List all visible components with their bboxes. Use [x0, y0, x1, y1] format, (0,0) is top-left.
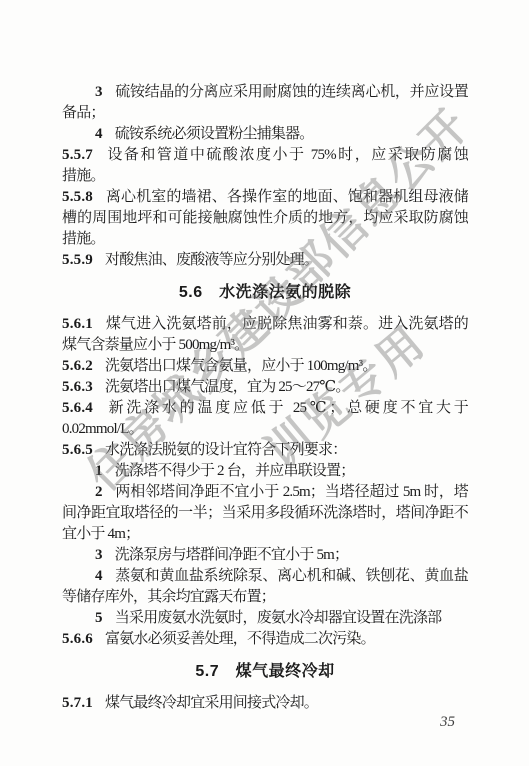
text-line: 5.6.3洗氨塔出口煤气温度，宜为 25～27℃。 [62, 377, 468, 398]
text-line: 5.6.4新洗涤水的温度应低于 25℃；总硬度不宜大于 [62, 398, 468, 419]
text-line: 3洗涤泵房与塔群间净距不宜小于 5m； [62, 545, 468, 566]
text-line: 5.5.8离心机室的墙裙、各操作室的地面、饱和器机组母液储 [62, 187, 468, 208]
clause-number: 4 [95, 568, 103, 584]
text-line: 5.6.6富氨水必须妥善处理，不得造成二次污染。 [62, 629, 468, 650]
text-column: 3硫铵结晶的分离应采用耐腐蚀的连续离心机，并应设置备品；4硫铵系统必须设置粉尘捕… [62, 82, 468, 714]
text-line: 5当采用废氨水洗氨时，废氨水冷却器宜设置在洗涤部分。 [62, 608, 468, 629]
clause-number: 5.6.5 [62, 442, 93, 458]
document-page: 3硫铵结晶的分离应采用耐腐蚀的连续离心机，并应设置备品；4硫铵系统必须设置粉尘捕… [0, 0, 529, 766]
text-line: 3硫铵结晶的分离应采用耐腐蚀的连续离心机，并应设置 [62, 82, 468, 103]
clause-number: 3 [95, 547, 103, 563]
clause-number: 5.7.1 [62, 695, 93, 711]
text-line: 5.5.9对酸焦油、废酸液等应分别处理。 [62, 250, 468, 271]
text-line: 等储存库外，其余均宜露天布置； [62, 587, 468, 608]
clause-number: 1 [95, 463, 103, 479]
text-line: 5.6.1煤气进入洗氨塔前，应脱除焦油雾和萘。进入洗氨塔的 [62, 314, 468, 335]
text-line: 0.02mmol/L。 [62, 419, 468, 440]
text-line: 5.6.5水洗涤法脱氨的设计宜符合下列要求： [62, 440, 468, 461]
clause-number: 5.6.3 [62, 379, 93, 395]
text-line: 1洗涤塔不得少于 2 台，并应串联设置； [62, 461, 468, 482]
clause-number: 5.6.1 [62, 316, 93, 332]
text-line: 5.5.7设备和管道中硫酸浓度小于 75%时，应采取防腐蚀 [62, 145, 468, 166]
clause-number: 4 [95, 126, 103, 142]
text-line: 5.7.1煤气最终冷却宜采用间接式冷却。 [62, 693, 468, 714]
text-line: 4蒸氨和黄血盐系统除泵、离心机和碱、铁刨花、黄血盐 [62, 566, 468, 587]
page-number: 35 [440, 714, 455, 731]
text-line: 措施。 [62, 229, 468, 250]
text-line: 2两相邻塔间净距不宜小于 2.5m；当塔径超过 5m 时，塔 [62, 482, 468, 503]
clause-number: 5.5.7 [62, 147, 93, 163]
clause-number: 5 [95, 610, 103, 626]
clause-number: 5.6.4 [62, 400, 93, 416]
clause-number: 3 [95, 84, 103, 100]
clause-number: 5.5.9 [62, 252, 93, 268]
text-line: 备品； [62, 103, 468, 124]
clause-number: 2 [95, 484, 103, 500]
clause-number: 5.5.8 [62, 189, 93, 205]
text-line: 间净距宜取塔径的一半；当采用多段循环洗涤塔时，塔间净距不 [62, 503, 468, 524]
text-line: 5.6.2洗氨塔出口煤气含氨量，应小于 100mg/m³。 [62, 356, 468, 377]
text-line: 煤气含萘量应小于 500mg/m³。 [62, 335, 468, 356]
section-heading: 5.7 煤气最终冷却 [62, 661, 468, 682]
section-heading: 5.6 水洗涤法氨的脱除 [62, 282, 468, 303]
text-line: 措施。 [62, 166, 468, 187]
clause-number: 5.6.6 [62, 631, 93, 647]
text-line: 槽的周围地坪和可能接触腐蚀性介质的地方，均应采取防腐蚀 [62, 208, 468, 229]
clause-number: 5.6.2 [62, 358, 93, 374]
text-line: 4硫铵系统必须设置粉尘捕集器。 [62, 124, 468, 145]
text-line: 宜小于 4m； [62, 524, 468, 545]
